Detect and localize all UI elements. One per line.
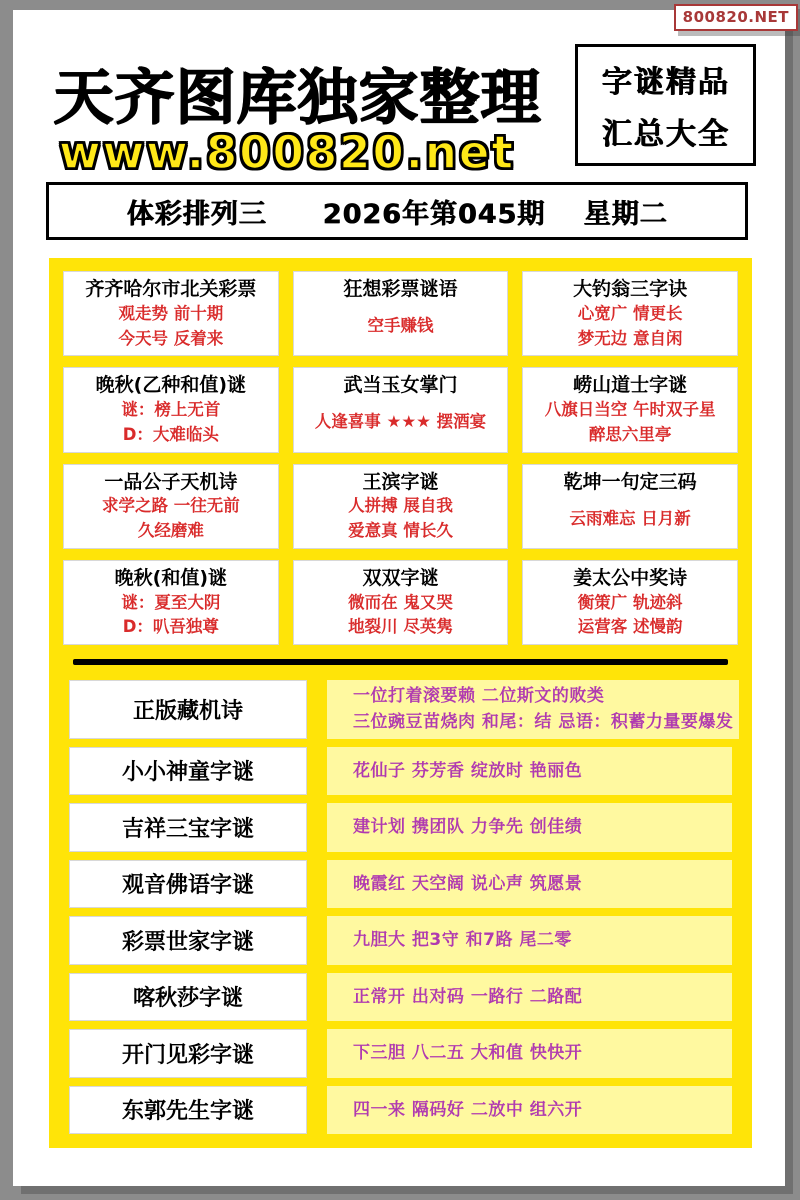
- riddle-row: 开门见彩字谜 下三胆 八二五 大和值 快快开: [69, 1029, 732, 1077]
- card-line: 运营客 述慢韵: [526, 615, 734, 640]
- card-title: 晚秋(乙种和值)谜: [67, 374, 275, 398]
- card-title: 武当玉女掌门: [297, 374, 505, 398]
- riddle-card: 姜太公中奖诗 衡策广 轨迹斜 运营客 述慢韵: [522, 560, 738, 645]
- riddle-card: 晚秋(和值)谜 谜：夏至大阴 D：叭吾独尊: [63, 560, 279, 645]
- row-content-panel: 晚霞红 天空阔 说心声 筑愿景: [327, 860, 732, 908]
- riddle-row: 喀秋莎字谜 正常开 出对码 一路行 二路配: [69, 973, 732, 1021]
- row-line: 正常开 出对码 一路行 二路配: [353, 984, 726, 1010]
- page-title: 天齐图库独家整理: [53, 50, 541, 136]
- side-box-line1: 字谜精品: [602, 57, 730, 101]
- card-line: 爱意真 情长久: [297, 519, 505, 544]
- card-title: 齐齐哈尔市北关彩票: [67, 278, 275, 302]
- card-line: D：叭吾独尊: [67, 615, 275, 640]
- card-line: 地裂川 尽英隽: [297, 615, 505, 640]
- row-line: 建计划 携团队 力争先 创佳绩: [353, 814, 726, 840]
- row-line: 九胆大 把3守 和7路 尾二零: [353, 927, 726, 953]
- riddle-row: 东郭先生字谜 四一来 隔码好 二放中 组六开: [69, 1086, 732, 1134]
- card-line: 衡策广 轨迹斜: [526, 591, 734, 616]
- card-title: 晚秋(和值)谜: [67, 567, 275, 591]
- row-content-panel: 花仙子 芬芳香 绽放时 艳丽色: [327, 747, 732, 795]
- row-line: 下三胆 八二五 大和值 快快开: [353, 1040, 726, 1066]
- side-title-box: 字谜精品 汇总大全: [575, 44, 756, 166]
- card-title: 双双字谜: [297, 567, 505, 591]
- card-line: 久经磨难: [67, 519, 275, 544]
- card-title: 崂山道士字谜: [526, 374, 734, 398]
- issue-header-box: 体彩排列三 2026年第045期 星期二: [46, 182, 748, 240]
- row-content-panel: 建计划 携团队 力争先 创佳绩: [327, 803, 732, 851]
- card-line: 醉思六里亭: [526, 423, 734, 448]
- row-label: 彩票世家字谜: [69, 916, 307, 964]
- side-box-line2: 汇总大全: [602, 109, 730, 153]
- corner-site-badge: 800820.NET: [674, 4, 798, 31]
- row-line: 花仙子 芬芳香 绽放时 艳丽色: [353, 758, 726, 784]
- card-line: 云雨难忘 日月新: [526, 507, 734, 532]
- riddle-card-grid: 齐齐哈尔市北关彩票 观走势 前十期 今天号 反着来 狂想彩票谜语 空手赚钱 大钓…: [63, 271, 738, 645]
- card-line: 空手赚钱: [297, 314, 505, 339]
- riddle-card: 齐齐哈尔市北关彩票 观走势 前十期 今天号 反着来: [63, 271, 279, 356]
- site-url-text: www.800820.net: [59, 126, 515, 179]
- card-line: 人逢喜事 ★★★ 摆酒宴: [297, 410, 505, 435]
- card-line: 求学之路 一往无前: [67, 494, 275, 519]
- row-content-panel: 九胆大 把3守 和7路 尾二零: [327, 916, 732, 964]
- card-line: 微而在 鬼又哭: [297, 591, 505, 616]
- card-title: 大钓翁三字诀: [526, 278, 734, 302]
- page-sheet: 天齐图库独家整理 www.800820.net 字谜精品 汇总大全 体彩排列三 …: [13, 10, 785, 1186]
- card-line: D：大难临头: [67, 423, 275, 448]
- riddle-card: 大钓翁三字诀 心宽广 情更长 梦无边 意自闲: [522, 271, 738, 356]
- riddle-card: 晚秋(乙种和值)谜 谜：榜上无首 D：大难临头: [63, 367, 279, 452]
- row-label: 小小神童字谜: [69, 747, 307, 795]
- riddle-row: 小小神童字谜 花仙子 芬芳香 绽放时 艳丽色: [69, 747, 732, 795]
- row-label: 正版藏机诗: [69, 680, 307, 739]
- card-line: 梦无边 意自闲: [526, 327, 734, 352]
- riddle-row: 观音佛语字谜 晚霞红 天空阔 说心声 筑愿景: [69, 860, 732, 908]
- riddle-row: 彩票世家字谜 九胆大 把3守 和7路 尾二零: [69, 916, 732, 964]
- row-line: 一位打着滚要赖 二位斯文的败类: [353, 683, 733, 709]
- issue-line: 体彩排列三 2026年第045期 星期二: [127, 192, 668, 231]
- row-label: 东郭先生字谜: [69, 1086, 307, 1134]
- riddle-row: 吉祥三宝字谜 建计划 携团队 力争先 创佳绩: [69, 803, 732, 851]
- row-label: 吉祥三宝字谜: [69, 803, 307, 851]
- riddle-card: 乾坤一句定三码 云雨难忘 日月新: [522, 464, 738, 549]
- riddle-card: 崂山道士字谜 八旗日当空 午时双子星 醉思六里亭: [522, 367, 738, 452]
- card-title: 王滨字谜: [297, 471, 505, 495]
- row-line: 三位豌豆苗烧肉 和尾：结 忌语：积蓄力量要爆发: [353, 709, 733, 735]
- riddle-card: 狂想彩票谜语 空手赚钱: [293, 271, 509, 356]
- row-content-panel: 下三胆 八二五 大和值 快快开: [327, 1029, 732, 1077]
- riddle-card: 一品公子天机诗 求学之路 一往无前 久经磨难: [63, 464, 279, 549]
- riddle-card: 武当玉女掌门 人逢喜事 ★★★ 摆酒宴: [293, 367, 509, 452]
- riddle-row: 正版藏机诗 一位打着滚要赖 二位斯文的败类 三位豌豆苗烧肉 和尾：结 忌语：积蓄…: [69, 680, 732, 739]
- riddle-card: 王滨字谜 人拼搏 展自我 爱意真 情长久: [293, 464, 509, 549]
- card-line: 八旗日当空 午时双子星: [526, 398, 734, 423]
- row-label: 开门见彩字谜: [69, 1029, 307, 1077]
- row-content-panel: 一位打着滚要赖 二位斯文的败类 三位豌豆苗烧肉 和尾：结 忌语：积蓄力量要爆发: [327, 680, 739, 739]
- card-line: 今天号 反着来: [67, 327, 275, 352]
- row-label: 喀秋莎字谜: [69, 973, 307, 1021]
- card-line: 人拼搏 展自我: [297, 494, 505, 519]
- row-line: 四一来 隔码好 二放中 组六开: [353, 1097, 726, 1123]
- card-title: 乾坤一句定三码: [526, 471, 734, 495]
- row-content-panel: 正常开 出对码 一路行 二路配: [327, 973, 732, 1021]
- riddle-card: 双双字谜 微而在 鬼又哭 地裂川 尽英隽: [293, 560, 509, 645]
- card-title: 姜太公中奖诗: [526, 567, 734, 591]
- card-line: 谜：榜上无首: [67, 398, 275, 423]
- section-divider: [73, 659, 728, 665]
- row-label: 观音佛语字谜: [69, 860, 307, 908]
- riddle-row-list: 正版藏机诗 一位打着滚要赖 二位斯文的败类 三位豌豆苗烧肉 和尾：结 忌语：积蓄…: [63, 678, 738, 1134]
- card-line: 谜：夏至大阴: [67, 591, 275, 616]
- content-panel: 齐齐哈尔市北关彩票 观走势 前十期 今天号 反着来 狂想彩票谜语 空手赚钱 大钓…: [49, 258, 752, 1148]
- row-content-panel: 四一来 隔码好 二放中 组六开: [327, 1086, 732, 1134]
- card-line: 观走势 前十期: [67, 302, 275, 327]
- card-line: 心宽广 情更长: [526, 302, 734, 327]
- card-title: 狂想彩票谜语: [297, 278, 505, 302]
- row-line: 晚霞红 天空阔 说心声 筑愿景: [353, 871, 726, 897]
- card-title: 一品公子天机诗: [67, 471, 275, 495]
